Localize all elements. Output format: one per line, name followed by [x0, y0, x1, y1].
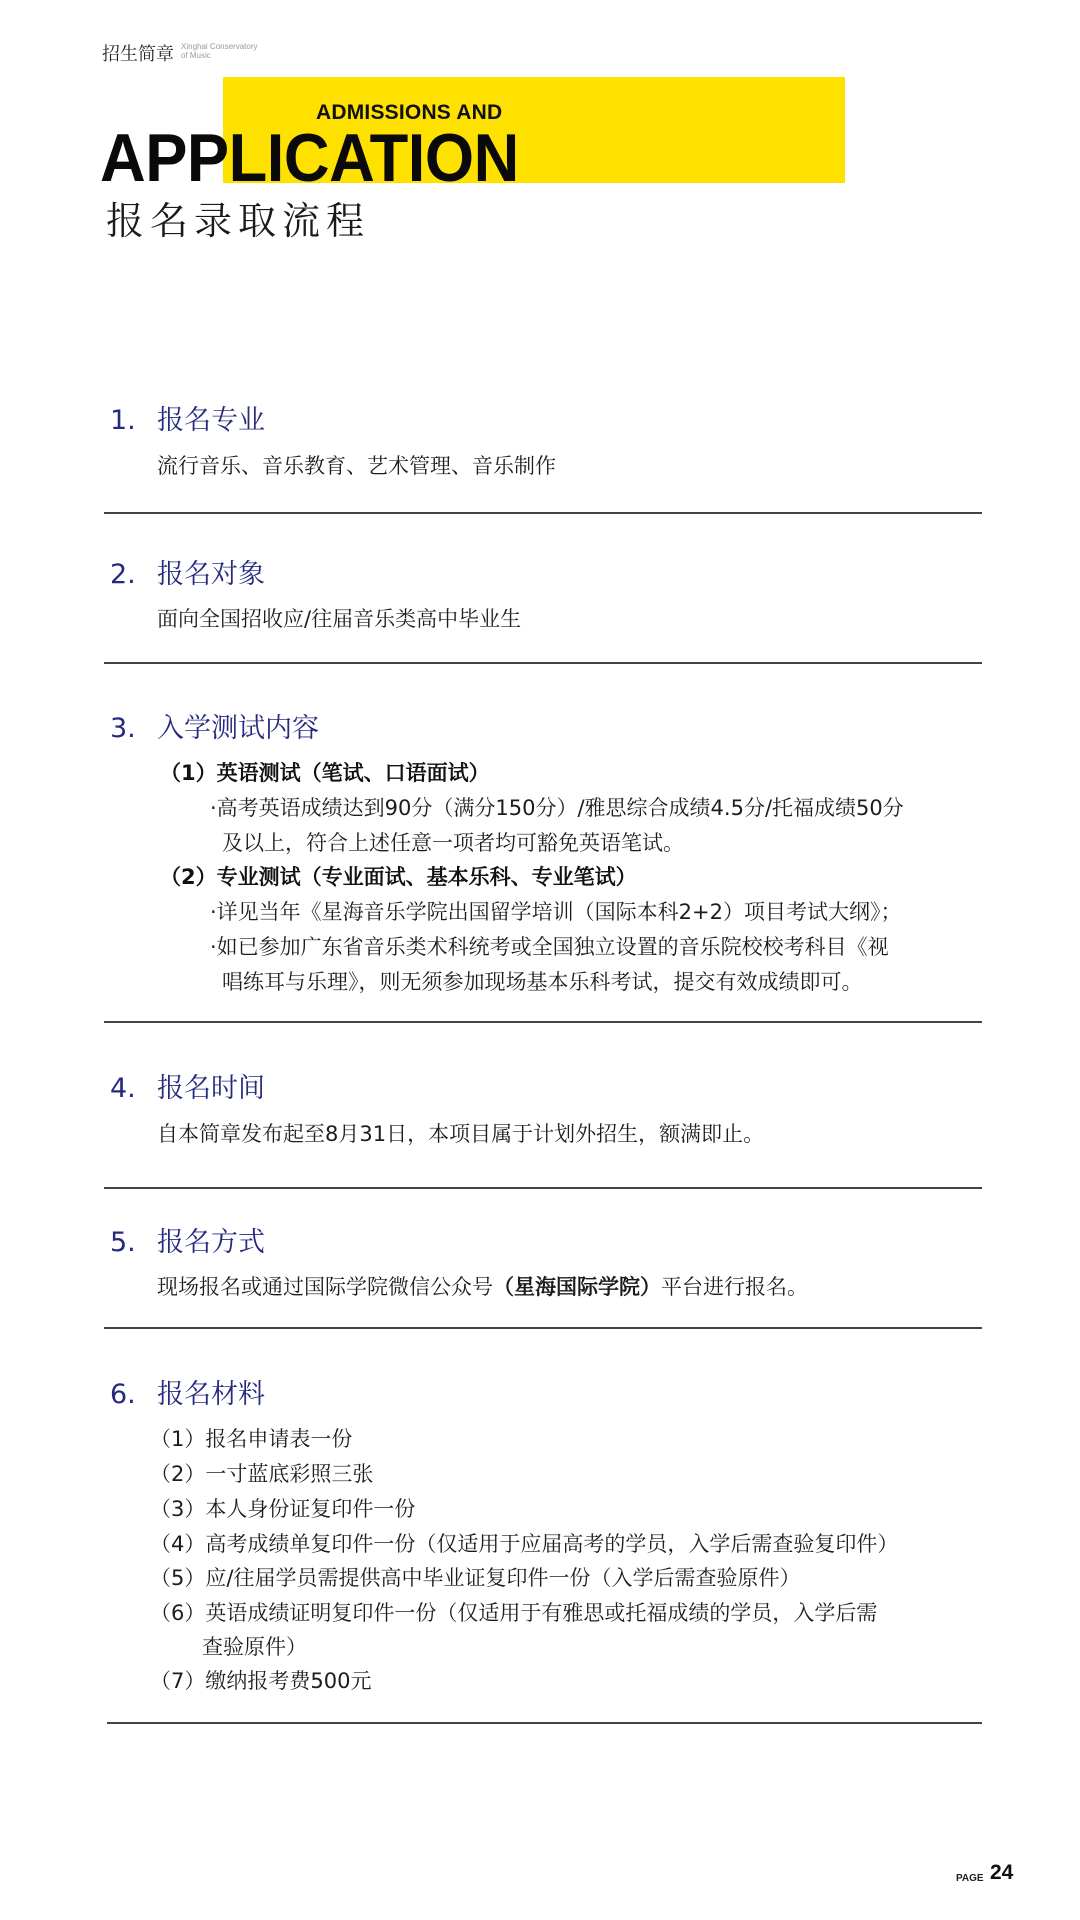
section-body-application-method: 现场报名或通过国际学院微信公众号（星海国际学院）平台进行报名。: [157, 1271, 808, 1301]
material-item: （3）本人身份证复印件一份: [150, 1493, 415, 1523]
divider: [104, 1021, 982, 1023]
page-number: 24: [990, 1861, 1013, 1885]
wechat-account-name: （星海国际学院）: [493, 1275, 661, 1299]
divider: [107, 1722, 982, 1724]
section-heading-majors: 1.报名专业: [110, 398, 265, 437]
divider: [104, 662, 982, 664]
material-item: （2）一寸蓝底彩照三张: [150, 1458, 373, 1488]
page-title: APPLICATION: [100, 118, 519, 198]
section-title: 报名对象: [157, 559, 265, 590]
subsection-professional-test: （2）专业测试（专业面试、基本乐科、专业笔试）: [160, 861, 637, 891]
brochure-label: 招生简章: [102, 40, 174, 66]
section-title: 入学测试内容: [157, 713, 319, 744]
page-label: PAGE: [956, 1873, 984, 1884]
method-text: 现场报名或通过国际学院微信公众号: [157, 1275, 493, 1299]
material-item-cont: 查验原件）: [202, 1631, 307, 1661]
divider: [104, 1327, 982, 1329]
divider: [104, 1187, 982, 1189]
divider: [104, 512, 982, 514]
institution-name-line2: of Music: [181, 51, 257, 60]
section-number: 1.: [110, 405, 157, 436]
bullet-exam-syllabus: ·详见当年《星海音乐学院出国留学培训（国际本科2+2）项目考试大纲》；: [210, 896, 902, 926]
section-title: 报名材料: [157, 1379, 265, 1410]
section-title: 报名时间: [157, 1073, 265, 1104]
material-item: （6）英语成绩证明复印件一份（仅适用于有雅思或托福成绩的学员，入学后需: [150, 1597, 877, 1627]
section-title: 报名方式: [157, 1227, 265, 1258]
section-heading-materials: 6.报名材料: [110, 1372, 265, 1411]
section-heading-application-period: 4.报名时间: [110, 1066, 265, 1105]
material-item: （5）应/往届学员需提供高中毕业证复印件一份（入学后需查验原件）: [150, 1562, 800, 1592]
section-body-application-period: 自本简章发布起至8月31日，本项目属于计划外招生，额满即止。: [157, 1118, 764, 1148]
bullet-theory-exemption-cont: 唱练耳与乐理》，则无须参加现场基本乐科考试，提交有效成绩即可。: [222, 966, 863, 996]
section-number: 3.: [110, 713, 157, 744]
method-text-end: 平台进行报名。: [661, 1275, 808, 1299]
institution-name: Xinghai Conservatory of Music: [181, 42, 257, 60]
section-title: 报名专业: [157, 405, 265, 436]
section-number: 2.: [110, 559, 157, 590]
institution-name-line1: Xinghai Conservatory: [181, 42, 257, 51]
material-item: （1）报名申请表一份: [150, 1423, 352, 1453]
bullet-english-exemption-cont: 及以上，符合上述任意一项者均可豁免英语笔试。: [222, 827, 684, 857]
section-number: 5.: [110, 1227, 157, 1258]
section-heading-application-method: 5.报名方式: [110, 1220, 265, 1259]
bullet-theory-exemption: ·如已参加广东省音乐类术科统考或全国独立设置的音乐院校校考科目《视: [210, 931, 889, 961]
section-heading-eligibility: 2.报名对象: [110, 552, 265, 591]
page-subtitle: 报名录取流程: [106, 190, 370, 245]
subsection-english-test: （1）英语测试（笔试、口语面试）: [160, 757, 490, 787]
section-number: 6.: [110, 1379, 157, 1410]
section-heading-entrance-tests: 3.入学测试内容: [110, 706, 319, 745]
section-number: 4.: [110, 1073, 157, 1104]
bullet-english-exemption: ·高考英语成绩达到90分（满分150分）/雅思综合成绩4.5分/托福成绩50分: [210, 792, 904, 822]
material-item: （7）缴纳报考费500元: [150, 1665, 371, 1695]
section-body-majors: 流行音乐、音乐教育、艺术管理、音乐制作: [157, 450, 556, 480]
material-item: （4）高考成绩单复印件一份（仅适用于应届高考的学员，入学后需查验复印件）: [150, 1528, 898, 1558]
section-body-eligibility: 面向全国招收应/往届音乐类高中毕业生: [157, 603, 521, 633]
